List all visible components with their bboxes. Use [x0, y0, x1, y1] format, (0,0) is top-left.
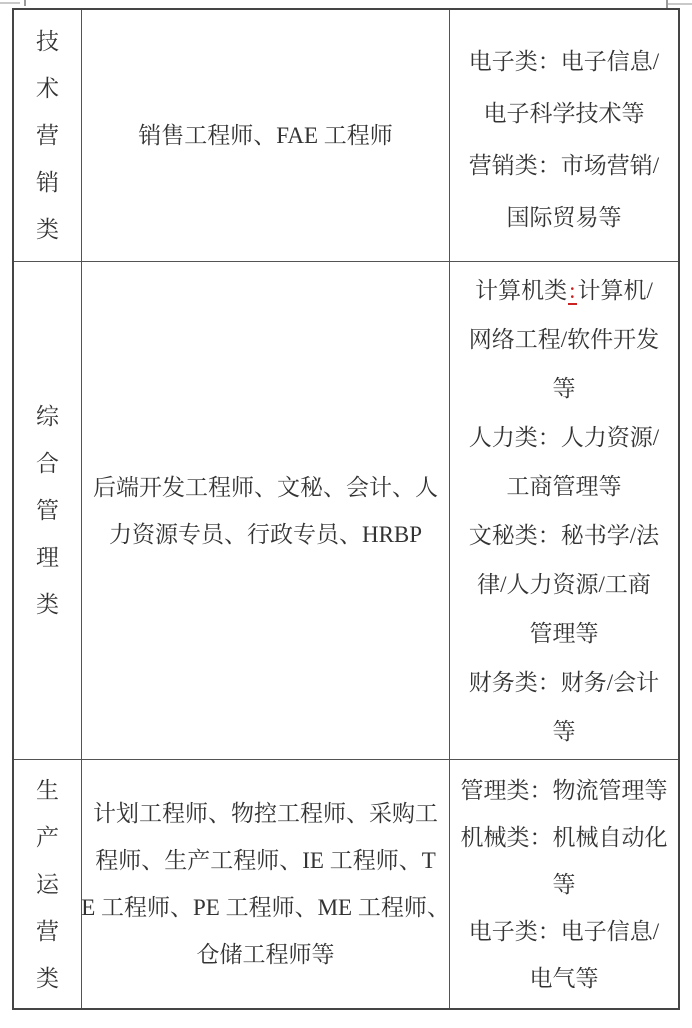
position-line: 程师、生产工程师、IE 工程师、T	[95, 837, 436, 884]
cell-majors-tech-marketing: 电子类：电子信息/ 电子科学技术等 营销类：市场营销/ 国际贸易等	[450, 10, 678, 261]
major-line: 营销类：市场营销/	[469, 140, 659, 192]
position-line: 计划工程师、物控工程师、采购工	[93, 790, 438, 837]
category-char: 合	[36, 440, 59, 487]
category-char: 类	[36, 206, 59, 253]
cell-positions-tech-marketing: 销售工程师、FAE 工程师	[82, 10, 450, 261]
cell-positions-production-operations: 计划工程师、物控工程师、采购工 程师、生产工程师、IE 工程师、T E 工程师、…	[82, 760, 450, 1008]
position-line: 仓储工程师等	[197, 931, 335, 978]
category-char: 产	[36, 814, 59, 861]
cell-category-tech-marketing: 技 术 营 销 类	[14, 10, 82, 261]
cell-positions-general-management: 后端开发工程师、文秘、会计、人 力资源专员、行政专员、HRBP	[82, 262, 450, 759]
category-char: 销	[36, 159, 59, 206]
position-line: 后端开发工程师、文秘、会计、人	[93, 464, 438, 511]
major-line: 电子类：电子信息/	[469, 36, 659, 88]
category-char: 技	[36, 18, 59, 65]
major-line: 等	[553, 707, 576, 756]
major-line-with-correction: 计算机类:计算机/	[475, 266, 653, 315]
category-char: 理	[36, 534, 59, 581]
major-line: 管理等	[530, 609, 599, 658]
category-char: 术	[36, 65, 59, 112]
major-line: 人力类：人力资源/	[469, 413, 659, 462]
category-char: 类	[36, 581, 59, 628]
cell-category-general-management: 综 合 管 理 类	[14, 262, 82, 759]
major-line: 网络工程/软件开发	[469, 315, 659, 364]
table-fragment-top-left-horizontal	[0, 2, 20, 4]
major-line: 律/人力资源/工商	[477, 560, 651, 609]
table-fragment-top-left-vertical	[24, 0, 26, 6]
major-line: 工商管理等	[507, 462, 622, 511]
major-line-suffix: 计算机/	[578, 278, 653, 303]
category-char: 生	[36, 767, 59, 814]
major-line: 电气等	[530, 955, 599, 1002]
major-line: 等	[553, 861, 576, 908]
job-category-table: 技 术 营 销 类 销售工程师、FAE 工程师 电子类：电子信息/ 电子科学技术…	[12, 8, 680, 1010]
table-row-production-operations: 生 产 运 营 类 计划工程师、物控工程师、采购工 程师、生产工程师、IE 工程…	[14, 760, 678, 1008]
category-char: 类	[36, 955, 59, 1002]
position-line: 销售工程师、FAE 工程师	[138, 112, 393, 159]
major-line: 国际贸易等	[507, 192, 622, 244]
major-line: 电子科学技术等	[484, 88, 645, 140]
major-line: 机械类：机械自动化	[461, 814, 668, 861]
category-char: 营	[36, 908, 59, 955]
major-line: 财务类：财务/会计	[469, 658, 659, 707]
cell-category-production-operations: 生 产 运 营 类	[14, 760, 82, 1008]
major-line: 电子类：电子信息/	[469, 908, 659, 955]
position-line: 力资源专员、行政专员、HRBP	[109, 511, 422, 558]
category-char: 管	[36, 487, 59, 534]
corrected-colon: :	[568, 278, 576, 305]
category-char: 营	[36, 112, 59, 159]
position-line: E 工程师、PE 工程师、ME 工程师、	[81, 884, 450, 931]
table-row-tech-marketing: 技 术 营 销 类 销售工程师、FAE 工程师 电子类：电子信息/ 电子科学技术…	[14, 10, 678, 262]
category-char: 运	[36, 861, 59, 908]
cell-majors-general-management: 计算机类:计算机/ 网络工程/软件开发 等 人力类：人力资源/ 工商管理等 文秘…	[450, 262, 678, 759]
major-line: 文秘类：秘书学/法	[469, 511, 659, 560]
major-line: 管理类：物流管理等	[461, 767, 668, 814]
major-line: 等	[553, 364, 576, 413]
table-fragment-top-right-horizontal	[668, 3, 692, 5]
category-char: 综	[36, 393, 59, 440]
cell-majors-production-operations: 管理类：物流管理等 机械类：机械自动化 等 电子类：电子信息/ 电气等	[450, 760, 678, 1008]
table-row-general-management: 综 合 管 理 类 后端开发工程师、文秘、会计、人 力资源专员、行政专员、HRB…	[14, 262, 678, 760]
major-line-prefix: 计算机类	[475, 278, 567, 303]
